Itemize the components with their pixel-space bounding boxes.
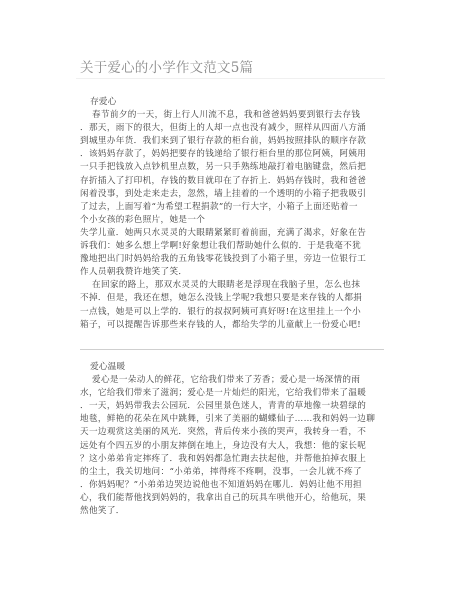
- paragraph-line: 一点钱，她是可以上学的．银行的叔叔阿姨可真好呀!在这里挂上一个小: [80, 306, 385, 319]
- document-title: 关于爱心的小学作文范文5篇: [80, 56, 253, 76]
- section-heading: 爱心温暖: [80, 361, 385, 374]
- paragraph-line: 水，它给我们带来了滋润；爱心是一片灿烂的阳光，它给我们带来了温暖: [80, 387, 385, 400]
- essay-section-1: 存爱心 春节前夕的一天，街上行人川流不息，我和爸爸妈妈要到银行去存钱 ．那天，雨…: [80, 96, 385, 332]
- paragraph-line: 箱子，可以提醒告诉那些来存钱的人，都给失学的儿童献上一份爱心吧!: [80, 319, 385, 332]
- paragraph-line: ．那天，雨下的很大，但街上的人却一点也没有减少，照样从四面八方涌: [80, 122, 385, 135]
- paragraph-line: 心，我们能帮他找到妈妈的，我拿出自己的玩具车哄他开心，给他玩，果: [80, 492, 385, 505]
- paragraph-line: 一只手把钱放入点钞机里点数，另一只手熟练地敲打着电脑键盘，然后把: [80, 161, 385, 174]
- title-divider: [76, 78, 385, 79]
- paragraph-line: 天一边观赏这美丽的风光．突然，背后传来小孩的哭声，我转身一看，不: [80, 426, 385, 439]
- paragraph-line: 然他笑了．: [80, 505, 385, 518]
- paragraph-line: 远处有个四五岁的小朋友摔倒在地上，身边没有大人，我想：他的家长呢: [80, 440, 385, 453]
- paragraph-line: 存折插入了打印机，存钱的数目就印在了存折上．妈妈存钱时，我和爸爸: [80, 175, 385, 188]
- paragraph-line: 了过去，上面写着“为希望工程捐款”的一行大字，小箱子上面还贴着一: [80, 201, 385, 214]
- paragraph-line: 闲着没事，到处走来走去，忽然，墙上挂着的一个透明的小箱子把我吸引: [80, 188, 385, 201]
- paragraph-line: 作人员朝我赞许地笑了笑．: [80, 266, 385, 279]
- paragraph-line: 诉我们：她多么想上学啊!好象想让我们帮助她什么似的．于是我毫不犹: [80, 240, 385, 253]
- paragraph-line: 的尘土，我关切地问：“小弟弟，摔得疼不疼啊，没事，一会儿就不疼了: [80, 466, 385, 479]
- paragraph-line: 个小女孩的彩色照片，她是一个: [80, 214, 385, 227]
- paragraph-line: 失学儿童．她两只水灵灵的大眼睛紧紧盯着前面，充满了渴求，好象在告: [80, 227, 385, 240]
- paragraph-line: ？这小弟弟肯定摔疼了．我和妈妈都急忙跑去扶起他，并帮他拍掉衣服上: [80, 453, 385, 466]
- paragraph-line: 春节前夕的一天，街上行人川流不息，我和爸爸妈妈要到银行去存钱: [80, 109, 385, 122]
- essay-section-2: 爱心温暖 爱心是一朵动人的鲜花，它给我们带来了芳香；爱心是一场深情的雨 水，它给…: [80, 361, 385, 518]
- paragraph-line: 到城里办年货．我们来到了银行存款的柜台前，妈妈按照排队的顺序存款: [80, 135, 385, 148]
- paragraph-line: 不掉．但是，我还在想，她怎么没钱上学呢?我想只要是来存钱的人都捐: [80, 292, 385, 305]
- section-divider: [80, 349, 384, 350]
- paragraph-line: ．该妈妈存款了，妈妈把要存的钱递给了银行柜台里的那位阿姨，阿姨用: [80, 148, 385, 161]
- paragraph-line: 爱心是一朵动人的鲜花，它给我们带来了芳香；爱心是一场深情的雨: [80, 374, 385, 387]
- paragraph-line: ．你妈妈呢？”小弟弟边哭边说他也不知道妈妈在哪儿．妈妈让他不用担: [80, 479, 385, 492]
- section-heading: 存爱心: [80, 96, 385, 109]
- paragraph-line: 在回家的路上，那双水灵灵的大眼睛老是浮现在我脑子里，怎么也抹: [80, 279, 385, 292]
- paragraph-line: ．一天，妈妈带我去公园玩．公园里景色迷人，青青的草地像一块碧绿的: [80, 400, 385, 413]
- paragraph-line: 豫地把出门时妈妈给我的五角钱零花钱投到了小箱子里，旁边一位银行工: [80, 253, 385, 266]
- paragraph-line: 地毯，鲜艳的花朵在风中跳舞，引来了美丽的蝴蝶仙子……我和妈妈一边聊: [80, 413, 385, 426]
